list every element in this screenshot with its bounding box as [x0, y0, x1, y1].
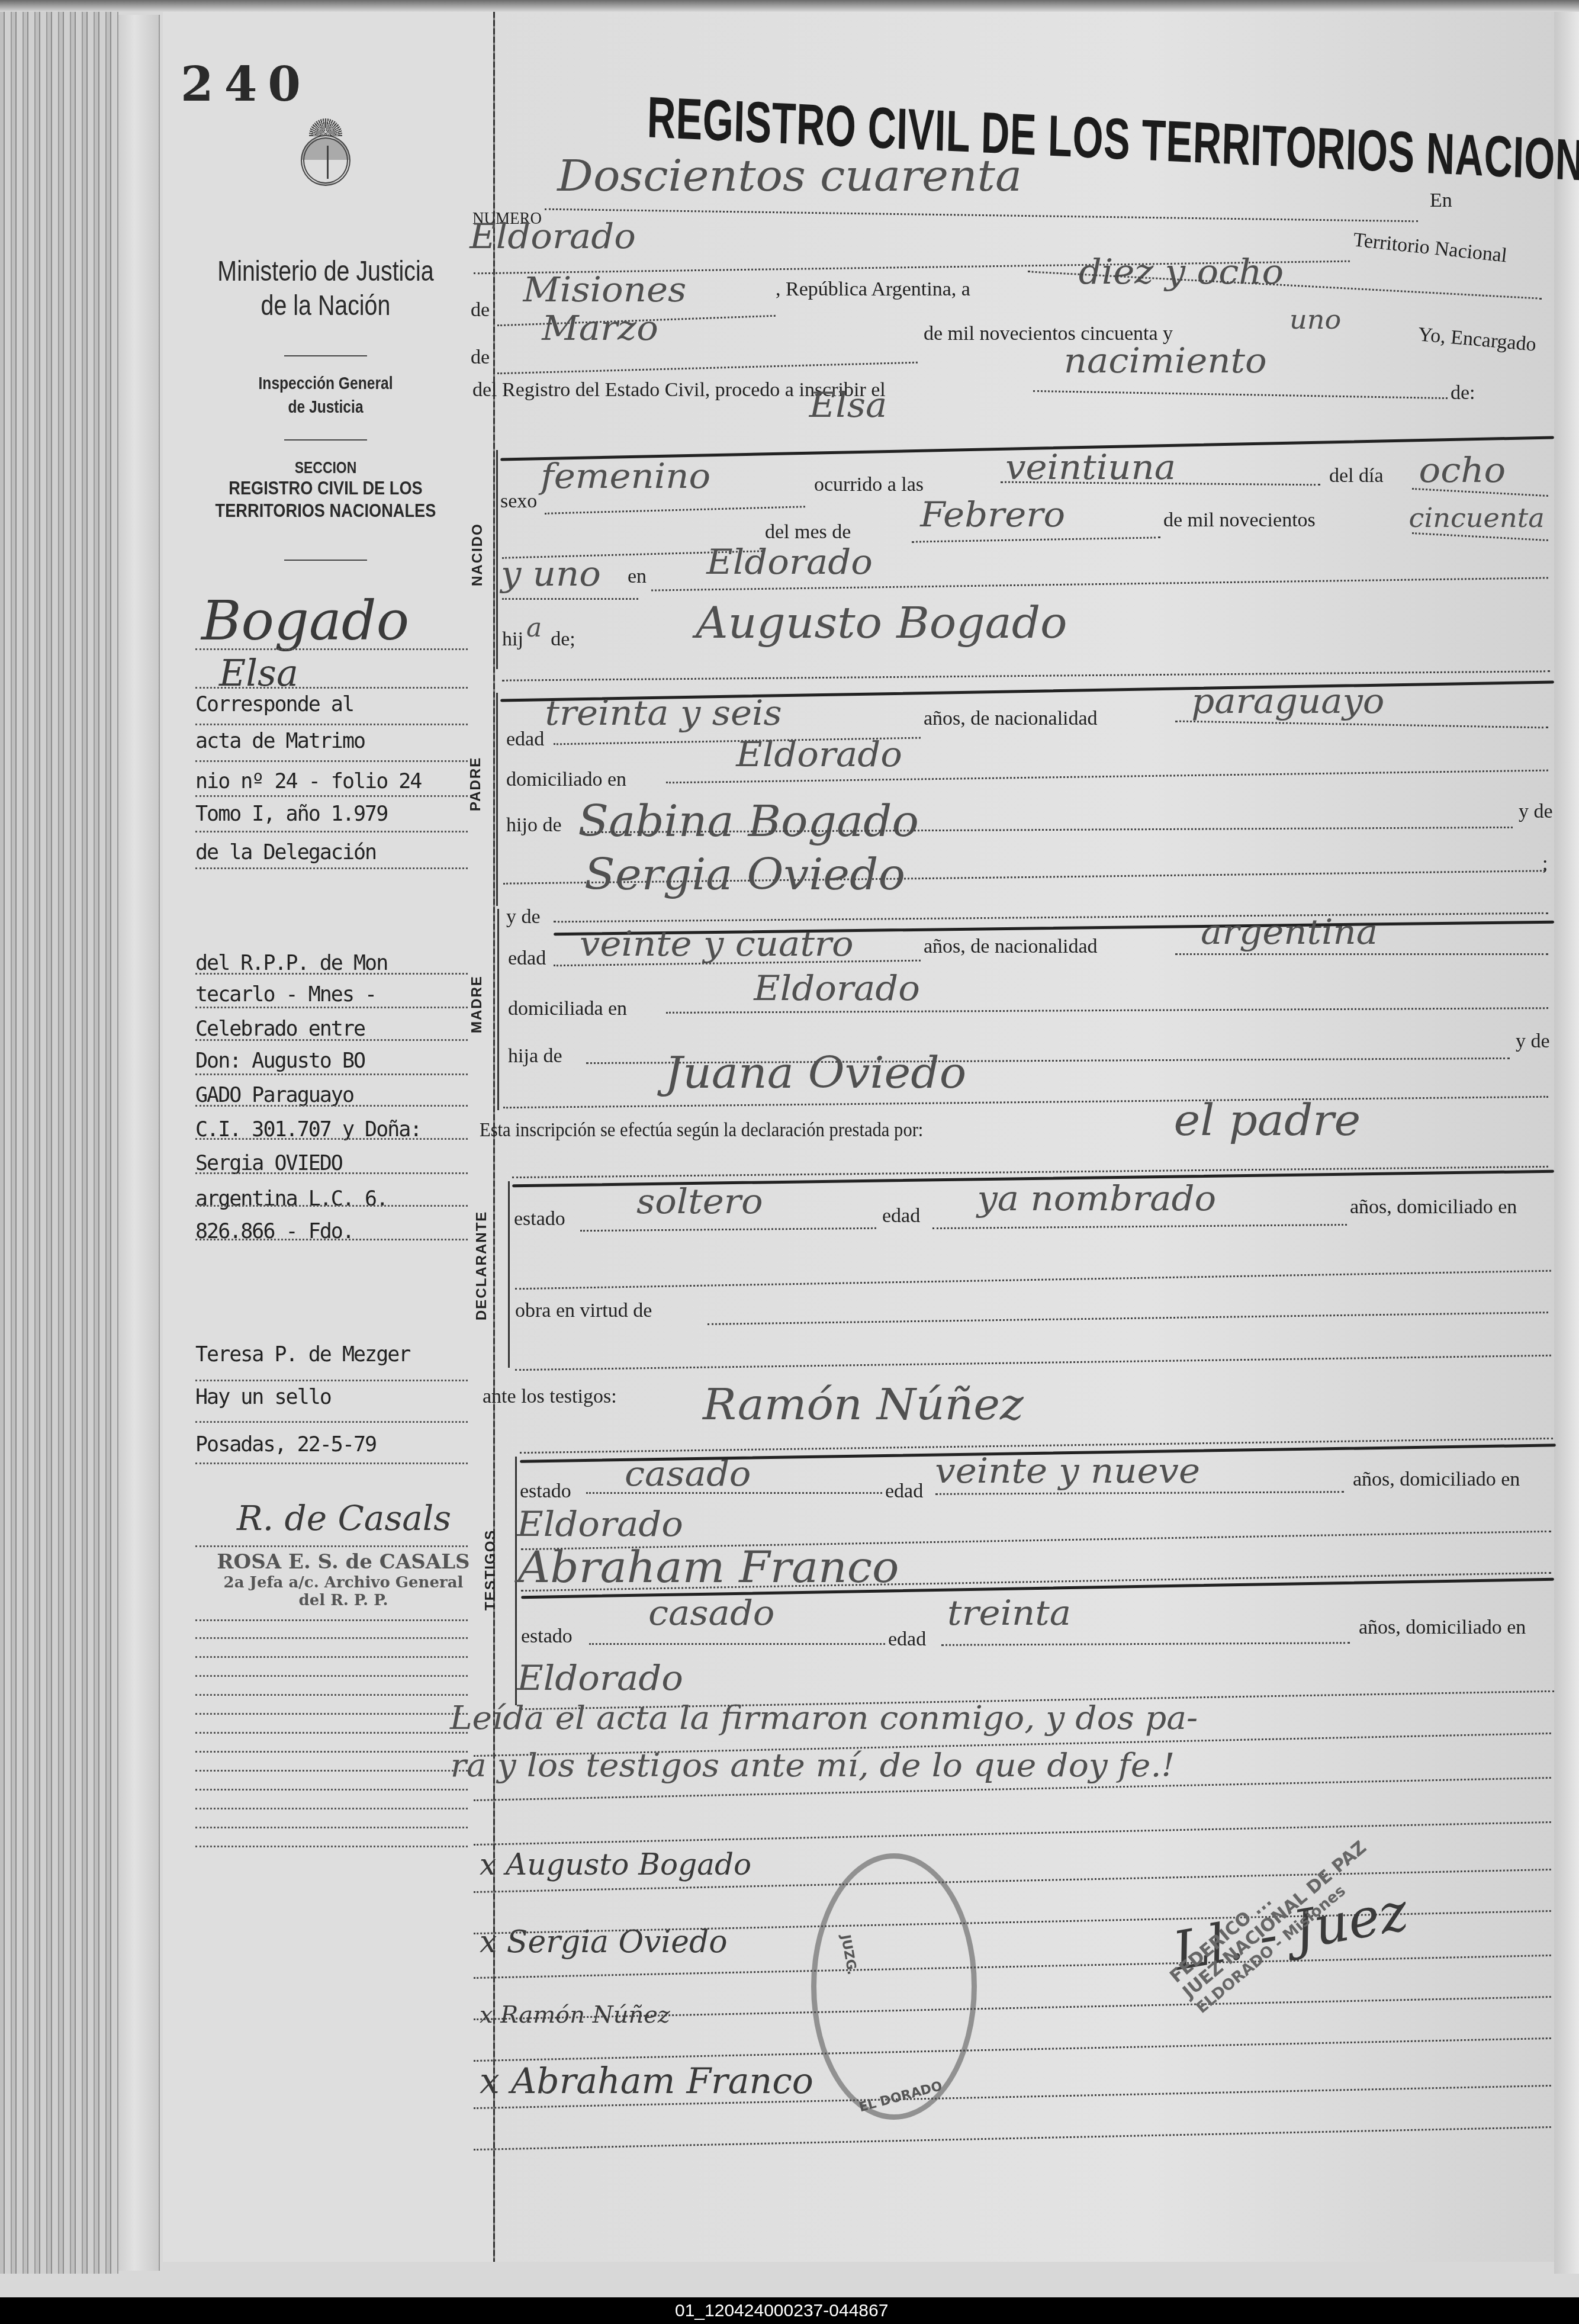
- month-value: Marzo: [542, 308, 658, 348]
- witness1-estado-label: estado: [520, 1480, 571, 1503]
- declarante-edad-value: ya nombrado: [977, 1178, 1216, 1219]
- divider: [284, 439, 367, 441]
- madre-edad-value: veinte y cuatro: [580, 924, 854, 964]
- nacido-section-label: NACIDO: [469, 523, 486, 586]
- province-value: Misiones: [523, 269, 686, 310]
- del-dia-label: del día: [1329, 465, 1384, 487]
- top-shadow: [0, 0, 1579, 12]
- signature-witness2: x Abraham Franco: [480, 2061, 813, 2102]
- witness2-domicilio-label: años, domiciliado en: [1359, 1616, 1526, 1639]
- padre-mother-value: Sergia Oviedo: [584, 850, 905, 899]
- witness1-edad-label: edad: [885, 1480, 923, 1503]
- ministry-name: Ministerio de Justicia de la Nación: [204, 255, 447, 323]
- witness1-domicilio-label: años, domiciliado en: [1353, 1468, 1520, 1491]
- birth-year-value-1: cincuenta: [1409, 503, 1545, 533]
- en-label: En: [1430, 189, 1452, 212]
- madre-hija-de-value: Juana Oviedo: [665, 1048, 966, 1098]
- margin-signature: R. de Casals: [237, 1498, 451, 1538]
- witness2-estado-value: casado: [648, 1593, 775, 1633]
- padre-father-value: Sabina Bogado: [578, 796, 919, 846]
- father-name-value: Augusto Bogado: [696, 598, 1067, 648]
- birth-place-value: Eldorado: [706, 542, 873, 582]
- section-name: SECCION REGISTRO CIVIL DE LOS TERRITORIO…: [200, 459, 452, 522]
- divider: [284, 560, 367, 561]
- scan-footer: 01_120424000237-044867: [0, 2297, 1579, 2324]
- archive-stamp: ROSA E. S. de CASALS 2a Jefa a/c. Archiv…: [189, 1550, 497, 1609]
- y-de-label: y de: [1519, 801, 1553, 823]
- semicolon: ;: [1542, 853, 1548, 875]
- round-seal-stamp: JUZG. EL DORADO: [811, 1853, 977, 2120]
- year-value: uno: [1289, 305, 1341, 335]
- de-colon-label: de:: [1451, 382, 1475, 404]
- birth-month-value: Febrero: [920, 494, 1065, 535]
- republica-label: , República Argentina, a: [776, 278, 970, 301]
- declaracion-value: el padre: [1173, 1095, 1361, 1145]
- declarante-estado-value: soltero: [636, 1181, 763, 1222]
- witness2-domicilio-value: Eldorado: [517, 1658, 683, 1698]
- madre-domicilio-value: Eldorado: [754, 968, 920, 1008]
- numero-value: Doscientos cuarenta: [557, 151, 1022, 201]
- sexo-value: femenino: [541, 456, 710, 496]
- en-label: en: [628, 565, 647, 588]
- madre-nacionalidad-value: argentina: [1201, 912, 1378, 952]
- document-scan: 240 Ministerio de Justicia de la Nación …: [0, 0, 1579, 2297]
- ocurrido-label: ocurrido a las: [814, 474, 924, 496]
- signature-father: x Augusto Bogado: [480, 1847, 751, 1882]
- padre-nacionalidad-value: paraguayo: [1191, 681, 1384, 721]
- book-page-edges-inner: [118, 15, 160, 2271]
- witness2-edad-value: treinta: [947, 1593, 1071, 1633]
- page-number: 240: [181, 56, 311, 112]
- witness1-estado-value: casado: [625, 1454, 751, 1494]
- padre-edad-label: edad: [506, 728, 544, 751]
- hija-de-label: hija de: [508, 1045, 562, 1068]
- declarante-domicilio-label: años, domiciliado en: [1350, 1196, 1517, 1219]
- madre-domicilio-label: domiciliada en: [508, 998, 627, 1020]
- declarante-estado-label: estado: [514, 1208, 565, 1230]
- closing-note-line2: ra y los testigos ante mí, de lo que doy…: [451, 1747, 1175, 1784]
- declarante-section-label: DECLARANTE: [474, 1211, 490, 1320]
- mes-label: del mes de: [765, 521, 851, 544]
- padre-domicilio-value: Eldorado: [736, 734, 902, 774]
- margin-surname: Bogado: [201, 589, 409, 652]
- signature-mother: x Sergia Oviedo: [480, 1924, 728, 1960]
- inspection-name: Inspección General de Justicia: [204, 372, 447, 419]
- novecientos-label: de mil novecientos: [1163, 509, 1316, 532]
- divider: [284, 355, 367, 356]
- hijo-de-label: hijo de: [506, 814, 561, 837]
- de-label-2: de: [471, 346, 490, 369]
- de-label: de: [471, 299, 490, 322]
- place-value: Eldorado: [469, 216, 636, 256]
- book-page-edges: [0, 12, 118, 2274]
- ante-testigos-label: ante los testigos:: [483, 1386, 617, 1408]
- birth-year-value-2: y uno: [501, 554, 601, 594]
- day-value: diez y ocho: [1079, 252, 1284, 292]
- testigos-section-label: TESTIGOS: [483, 1529, 499, 1611]
- witness1-edad-value: veinte y nueve: [935, 1451, 1200, 1491]
- declaracion-label: Esta inscripción se efectúa según la dec…: [480, 1119, 923, 1142]
- madre-section-label: MADRE: [469, 975, 485, 1033]
- sexo-label: sexo: [500, 490, 537, 513]
- signature-witness1: x Ramón Núñez: [480, 2001, 670, 2029]
- madre-nacionalidad-label: años, de nacionalidad: [924, 936, 1098, 958]
- hijo-label: hijade;: [502, 622, 575, 652]
- birth-day-value: ocho: [1419, 450, 1506, 490]
- obra-label: obra en virtud de: [515, 1300, 652, 1322]
- madre-y-de-label-2: y de: [1516, 1030, 1550, 1053]
- witness2-estado-label: estado: [521, 1625, 573, 1648]
- padre-nacionalidad-label: años, de nacionalidad: [924, 708, 1098, 730]
- closing-note-line1: Leída el acta la firmaron conmigo, y dos…: [450, 1699, 1198, 1737]
- madre-y-de-label: y de: [506, 906, 541, 928]
- padre-edad-value: treinta y seis: [545, 693, 782, 733]
- padre-section-label: PADRE: [468, 757, 484, 811]
- witness1-domicilio-value: Eldorado: [517, 1504, 683, 1544]
- child-name-value: Elsa: [809, 385, 887, 425]
- padre-domicilio-label: domiciliado en: [506, 769, 626, 791]
- declarante-edad-label: edad: [882, 1205, 920, 1227]
- argentine-coat-of-arms-icon: [296, 118, 355, 187]
- page-right-edge: [1554, 12, 1579, 2274]
- madre-edad-label: edad: [508, 947, 546, 970]
- act-type-value: nacimiento: [1064, 340, 1267, 381]
- witness2-edad-label: edad: [888, 1628, 926, 1651]
- witness1-name: Ramón Núñez: [703, 1380, 1024, 1429]
- scan-id: 01_120424000237-044867: [675, 2301, 888, 2321]
